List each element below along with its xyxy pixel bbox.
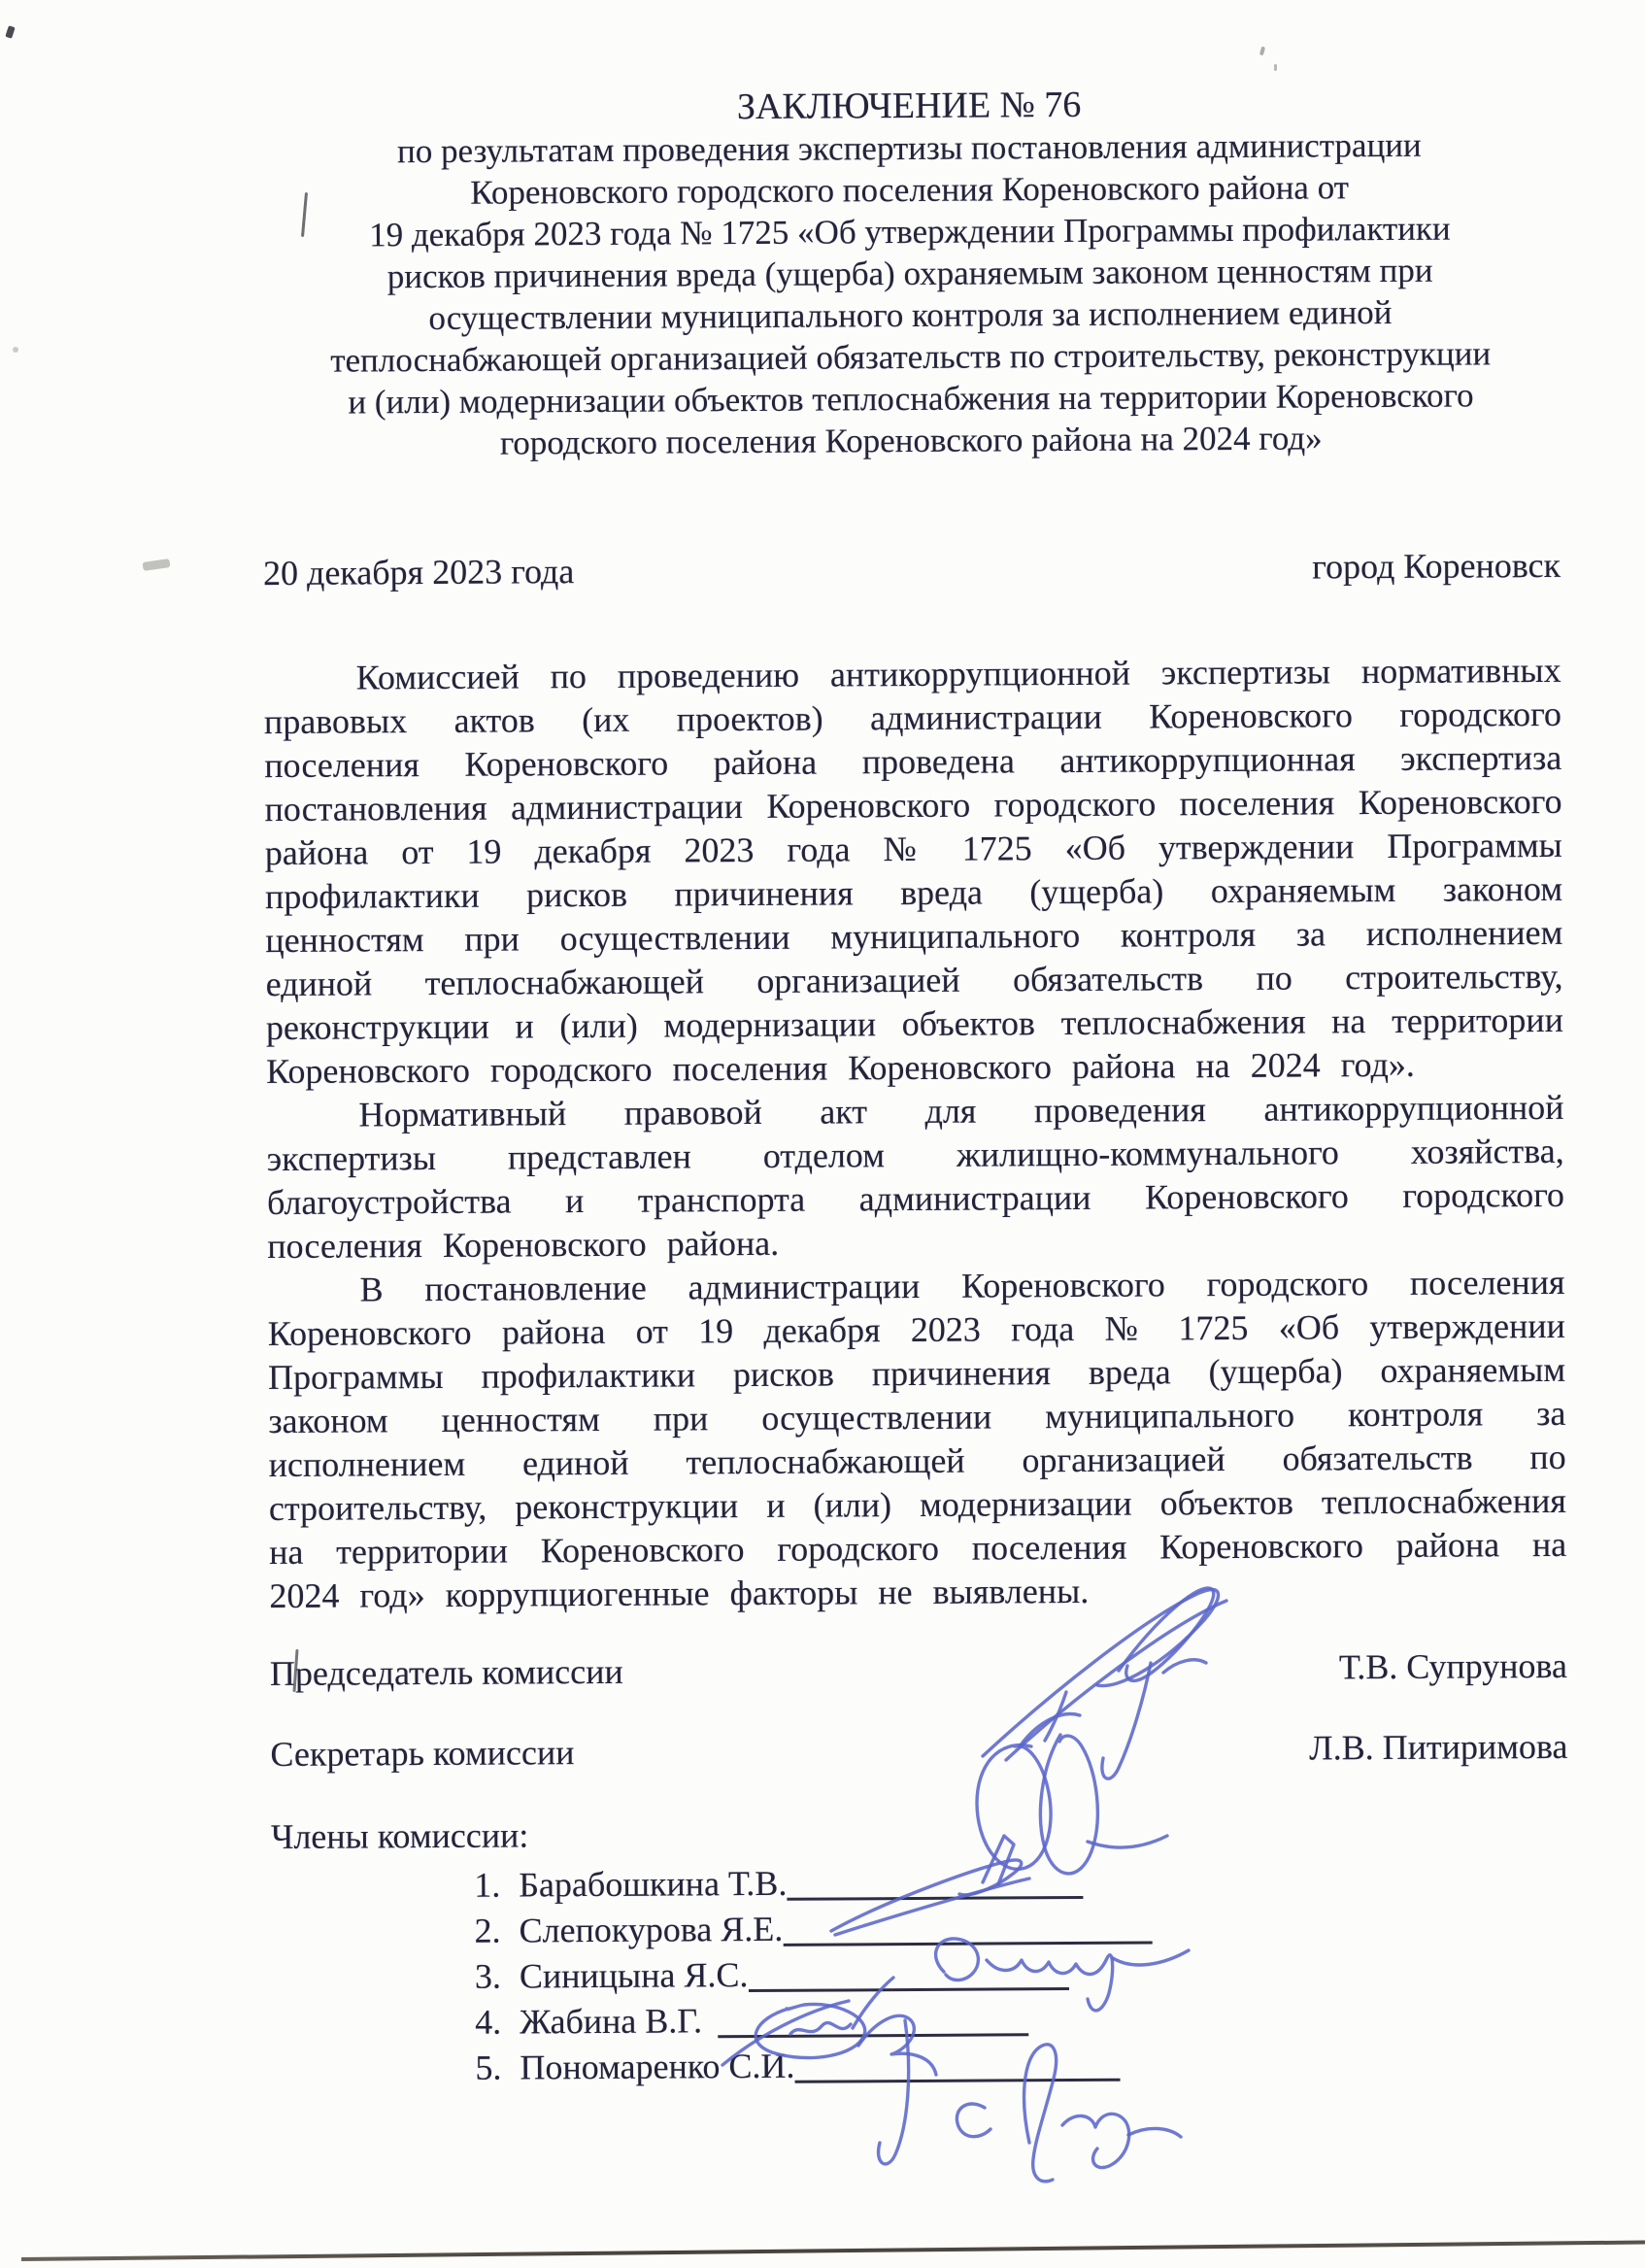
paragraph-submitted-by: Нормативный правовой акт для проведения …	[266, 1086, 1564, 1269]
scan-artifact	[1259, 47, 1265, 56]
chairman-role-label: Председатель комиссии	[270, 1651, 623, 1695]
dateline: 20 декабря 2023 года город Кореновск	[263, 545, 1561, 594]
members-label: Члены комиссии:	[271, 1809, 1568, 1858]
member-number: 2.	[474, 1908, 519, 1953]
document-content: ЗАКЛЮЧЕНИЕ № 76 по результатам проведени…	[260, 82, 1570, 2092]
member-name: Жабина В.Г.	[520, 2001, 702, 2041]
member-row: 2.Слепокурова Я.Е.	[271, 1902, 1568, 1955]
signature-line	[783, 1939, 1152, 1946]
members-list: 1.Барабошкина Т.В. 2.Слепокурова Я.Е. 3.…	[271, 1856, 1569, 2092]
signature-row-secretary: Секретарь комиссии Л.В. Питиримова	[270, 1726, 1567, 1776]
member-number: 5.	[475, 2045, 520, 2090]
member-number: 4.	[475, 1999, 520, 2045]
member-name: Синицына Я.С.	[520, 1955, 749, 1995]
member-row: 1.Барабошкина Т.В.	[271, 1856, 1568, 1910]
document-place: город Кореновск	[1312, 545, 1561, 589]
member-number: 1.	[474, 1862, 519, 1908]
document-body: Комиссией по проведению антикоррупционно…	[264, 649, 1567, 1618]
scan-artifact	[1274, 64, 1277, 71]
document-subtitle: по результатам проведения экспертизы пос…	[260, 123, 1560, 465]
paragraph-expertise: Комиссией по проведению антикоррупционно…	[264, 649, 1564, 1094]
chairman-name: Т.В. Супрунова	[1339, 1645, 1567, 1688]
member-number: 3.	[475, 1953, 520, 1999]
signature-row-chairman: Председатель комиссии Т.В. Супрунова	[270, 1645, 1567, 1695]
scan-artifact	[5, 25, 15, 39]
member-row: 3.Синицына Я.С.	[272, 1947, 1569, 2001]
document-date: 20 декабря 2023 года	[263, 551, 574, 594]
signature-line	[718, 2030, 1028, 2038]
scan-edge-line	[21, 2240, 1645, 2260]
subtitle-line: городского поселения Кореновского района…	[262, 416, 1560, 465]
member-row: 4.Жабина В.Г.	[272, 1993, 1569, 2047]
subtitle-line: по результатам проведения экспертизы пос…	[260, 123, 1558, 173]
signature-line	[795, 2076, 1121, 2083]
scanned-document-page: ЗАКЛЮЧЕНИЕ № 76 по результатам проведени…	[0, 0, 1645, 2268]
subtitle-line: и (или) модернизации объектов теплоснабж…	[262, 374, 1560, 423]
member-name: Пономаренко С.И.	[520, 2047, 794, 2087]
signature-line	[787, 1893, 1083, 1901]
paragraph-conclusion: В постановление администрации Кореновско…	[267, 1261, 1566, 1618]
signature-line	[748, 1984, 1068, 1992]
secretary-name: Л.В. Питиримова	[1309, 1726, 1568, 1770]
scan-artifact	[13, 347, 18, 353]
secretary-role-label: Секретарь комиссии	[270, 1732, 574, 1776]
member-name: Слепокурова Я.Е.	[519, 1910, 783, 1950]
member-name: Барабошкина Т.В.	[519, 1864, 787, 1905]
scan-artifact	[143, 559, 171, 571]
member-row: 5.Пономаренко С.И.	[272, 2039, 1569, 2092]
